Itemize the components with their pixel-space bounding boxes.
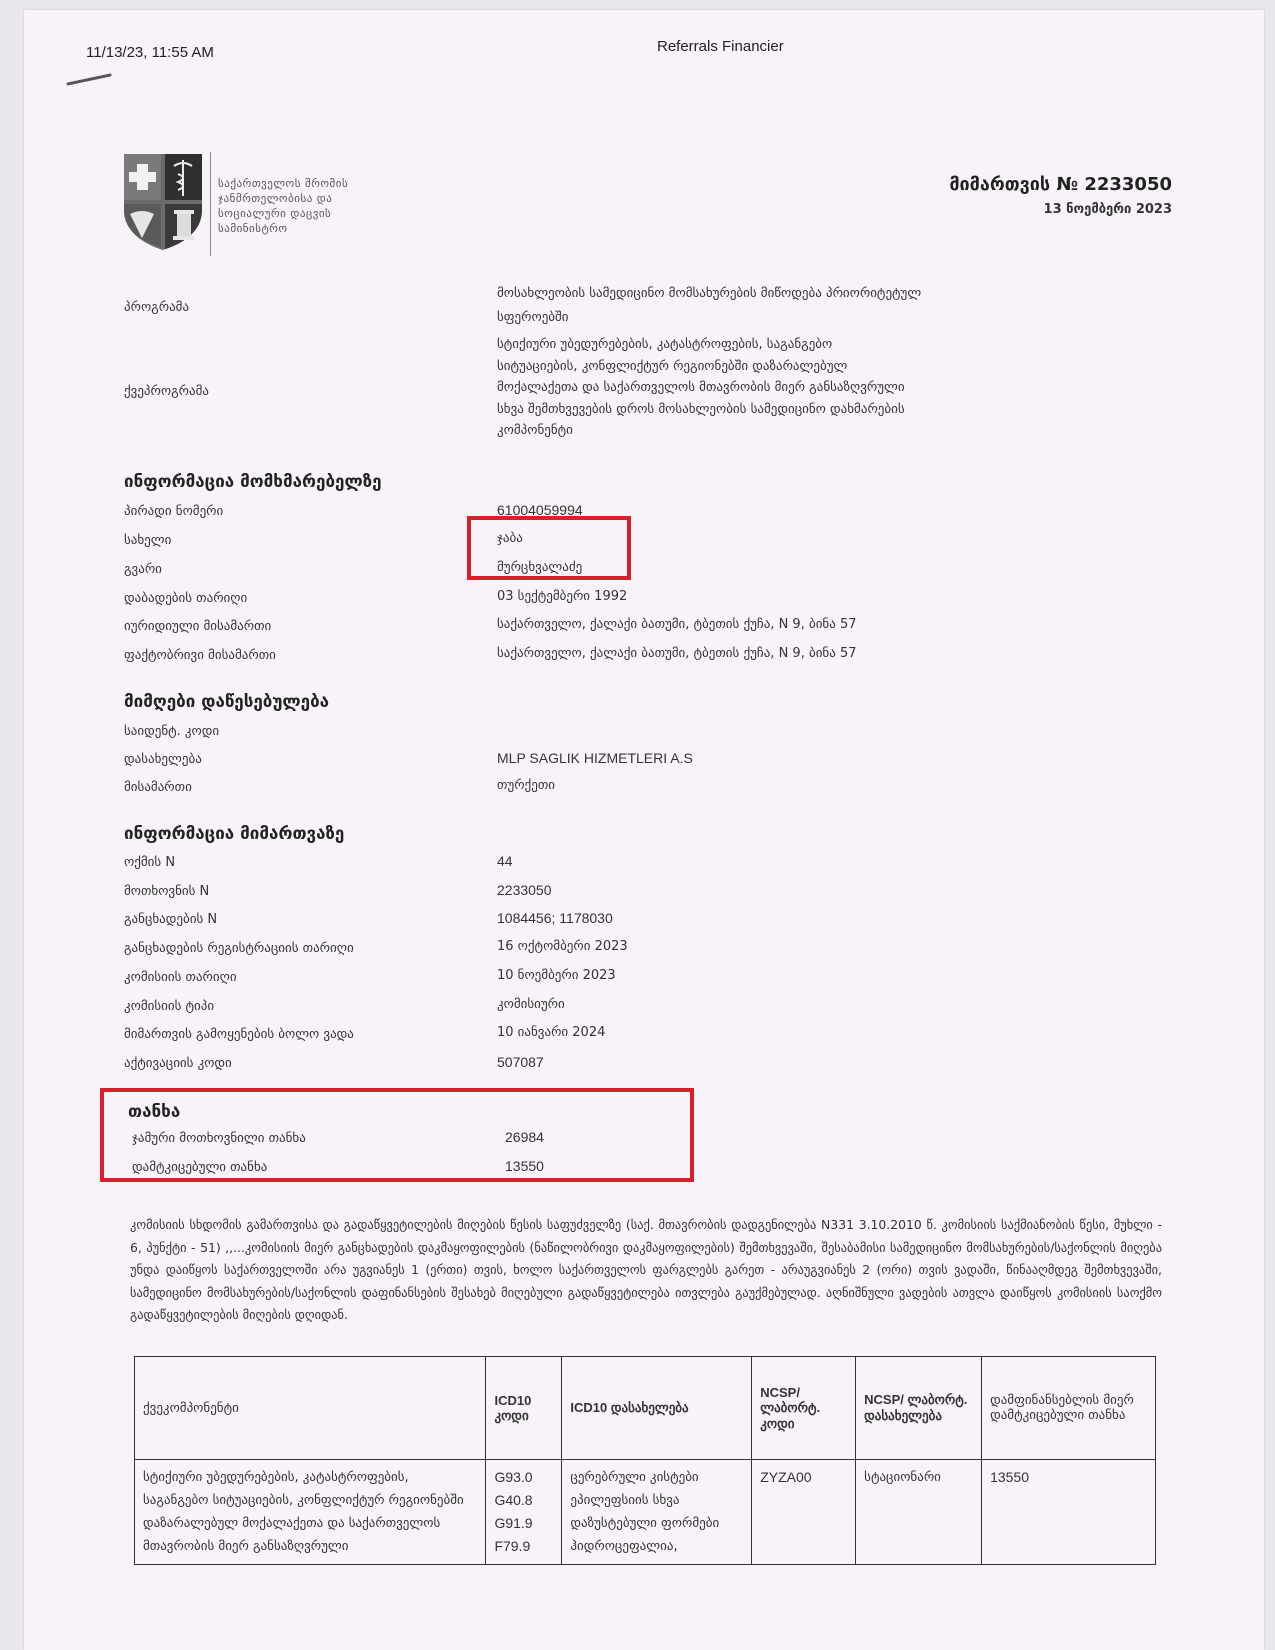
- program-value: მოსახლეობის სამედიცინო მომსახურების მიწო…: [497, 282, 977, 330]
- cell-ncsp-code: ZYZA00: [752, 1460, 856, 1565]
- amount-field-row: დამტკიცებული თანხა 13550: [132, 1160, 1032, 1184]
- referral-field-row: მიმართვის გამოყენების ბოლო ვადა 10 იანვა…: [124, 1027, 1024, 1051]
- pen-mark: [66, 73, 112, 85]
- registration-date-value: 16 ოქტომბერი 2023: [497, 939, 628, 954]
- subprogram-value: სტიქიური უბედურებების, კატასტროფების, სა…: [497, 334, 977, 442]
- print-title: Referrals Financier: [657, 38, 784, 55]
- document-page: 11/13/23, 11:55 AM Referrals Financier ს…: [24, 10, 1264, 1650]
- application-number-label: განცხადების N: [124, 912, 217, 927]
- approved-amount-value: 13550: [505, 1158, 544, 1174]
- legal-notice-paragraph: კომისიის სხდომის გამართვისა და გადაწყვეტ…: [130, 1214, 1162, 1327]
- referral-field-row: კომისიის ტიპი კომისიური: [124, 999, 1024, 1023]
- col-icd10-code: ICD10 კოდი: [486, 1357, 562, 1460]
- referral-date: 13 ნოემბერი 2023: [1044, 202, 1172, 217]
- facility-name-value: MLP SAGLIK HIZMETLERI A.S: [497, 750, 693, 766]
- expiry-date-label: მიმართვის გამოყენების ბოლო ვადა: [124, 1027, 354, 1042]
- commission-type-label: კომისიის ტიპი: [124, 999, 214, 1014]
- facility-field-row: საიდენტ. კოდი: [124, 724, 1024, 748]
- patient-field-row: იურიდიული მისამართი საქართველო, ქალაქი ბ…: [124, 619, 1024, 643]
- birth-date-value: 03 სექტემბერი 1992: [497, 589, 627, 604]
- referral-services-table: ქვეკომპონენტი ICD10 კოდი ICD10 დასახელებ…: [134, 1356, 1156, 1565]
- total-requested-value: 26984: [505, 1129, 544, 1145]
- table-header-row: ქვეკომპონენტი ICD10 კოდი ICD10 დასახელებ…: [135, 1357, 1156, 1460]
- application-number-value: 1084456; 1178030: [497, 910, 613, 926]
- cell-ncsp-name: სტაციონარი: [856, 1460, 982, 1565]
- referral-field-row: კომისიის თარიღი 10 ნოემბერი 2023: [124, 970, 1024, 994]
- registration-date-label: განცხადების რეგისტრაციის თარიღი: [124, 941, 354, 956]
- cell-approved-amount: 13550: [982, 1460, 1156, 1565]
- referral-field-row: მოთხოვნის N 2233050: [124, 884, 1024, 908]
- facility-name-label: დასახელება: [124, 752, 202, 767]
- expiry-date-value: 10 იანვარი 2024: [497, 1025, 605, 1040]
- col-ncsp-name: NCSP/ ლაბორტ. დასახელება: [856, 1357, 982, 1460]
- cell-icd10-codes: G93.0 G40.8 G91.9 F79.9: [486, 1460, 562, 1565]
- ministry-shield-icon: [122, 152, 204, 252]
- personal-id-label: პირადი ნომერი: [124, 504, 223, 519]
- activation-code-label: აქტივაციის კოდი: [124, 1056, 232, 1071]
- legal-address-value: საქართველო, ქალაქი ბათუმი, ტბეთის ქუჩა, …: [497, 617, 857, 632]
- ministry-logo: საქართველოს შრომის ჯანმრთელობისა და სოცი…: [122, 152, 392, 262]
- patient-section-title: ინფორმაცია მომხმარებელზე: [124, 472, 382, 492]
- legal-address-label: იურიდიული მისამართი: [124, 619, 271, 634]
- facility-id-label: საიდენტ. კოდი: [124, 724, 219, 739]
- patient-field-row: ფაქტობრივი მისამართი საქართველო, ქალაქი …: [124, 648, 1024, 672]
- amount-section-title: თანხა: [128, 1102, 180, 1122]
- referral-field-row: აქტივაციის კოდი 507087: [124, 1056, 1024, 1080]
- birth-date-label: დაბადების თარიღი: [124, 591, 247, 606]
- cell-icd10-names: ცერებრული კისტები ეპილეფსიის სხვა დაზუსტ…: [562, 1460, 752, 1565]
- table-row: სტიქიური უბედურებების, კატასტროფების, სა…: [135, 1460, 1156, 1565]
- referral-field-row: ოქმის N 44: [124, 855, 1024, 879]
- facility-address-label: მისამართი: [124, 780, 192, 795]
- protocol-number-label: ოქმის N: [124, 855, 175, 870]
- commission-type-value: კომისიური: [497, 997, 565, 1012]
- actual-address-value: საქართველო, ქალაქი ბათუმი, ტბეთის ქუჩა, …: [497, 646, 857, 661]
- name-highlight-box: [467, 516, 631, 580]
- ministry-name: საქართველოს შრომის ჯანმრთელობისა და სოცი…: [218, 176, 348, 236]
- approved-amount-label: დამტკიცებული თანხა: [132, 1160, 267, 1175]
- referral-section-title: ინფორმაცია მიმართვაზე: [124, 824, 344, 844]
- commission-date-value: 10 ნოემბერი 2023: [497, 968, 616, 983]
- program-label: პროგრამა: [124, 300, 189, 315]
- subprogram-label: ქვეპროგრამა: [124, 384, 209, 399]
- actual-address-label: ფაქტობრივი მისამართი: [124, 648, 276, 663]
- patient-field-row: დაბადების თარიღი 03 სექტემბერი 1992: [124, 591, 1024, 615]
- amount-field-row: ჯამური მოთხოვნილი თანხა 26984: [132, 1131, 1032, 1155]
- commission-date-label: კომისიის თარიღი: [124, 970, 237, 985]
- facility-section-title: მიმღები დაწესებულება: [124, 692, 329, 712]
- last-name-label: გვარი: [124, 562, 162, 577]
- col-ncsp-code: NCSP/ ლაბორტ. კოდი: [752, 1357, 856, 1460]
- protocol-number-value: 44: [497, 853, 513, 869]
- facility-address-value: თურქეთი: [497, 778, 555, 793]
- print-timestamp: 11/13/23, 11:55 AM: [86, 44, 214, 61]
- first-name-label: სახელი: [124, 533, 171, 548]
- referral-field-row: განცხადების N 1084456; 1178030: [124, 912, 1024, 936]
- request-number-value: 2233050: [497, 882, 552, 898]
- activation-code-value: 507087: [497, 1054, 544, 1070]
- cell-subcomponent: სტიქიური უბედურებების, კატასტროფების, სა…: [135, 1460, 486, 1565]
- col-subcomponent: ქვეკომპონენტი: [135, 1357, 486, 1460]
- facility-field-row: დასახელება MLP SAGLIK HIZMETLERI A.S: [124, 752, 1024, 776]
- facility-field-row: მისამართი თურქეთი: [124, 780, 1024, 804]
- col-icd10-name: ICD10 დასახელება: [562, 1357, 752, 1460]
- col-approved-amount: დამფინანსებლის მიერ დამტკიცებული თანხა: [982, 1357, 1156, 1460]
- logo-divider: [210, 152, 211, 256]
- referral-number: მიმართვის № 2233050: [949, 174, 1172, 195]
- total-requested-label: ჯამური მოთხოვნილი თანხა: [132, 1131, 306, 1146]
- request-number-label: მოთხოვნის N: [124, 884, 209, 899]
- referral-field-row: განცხადების რეგისტრაციის თარიღი 16 ოქტომ…: [124, 941, 1024, 965]
